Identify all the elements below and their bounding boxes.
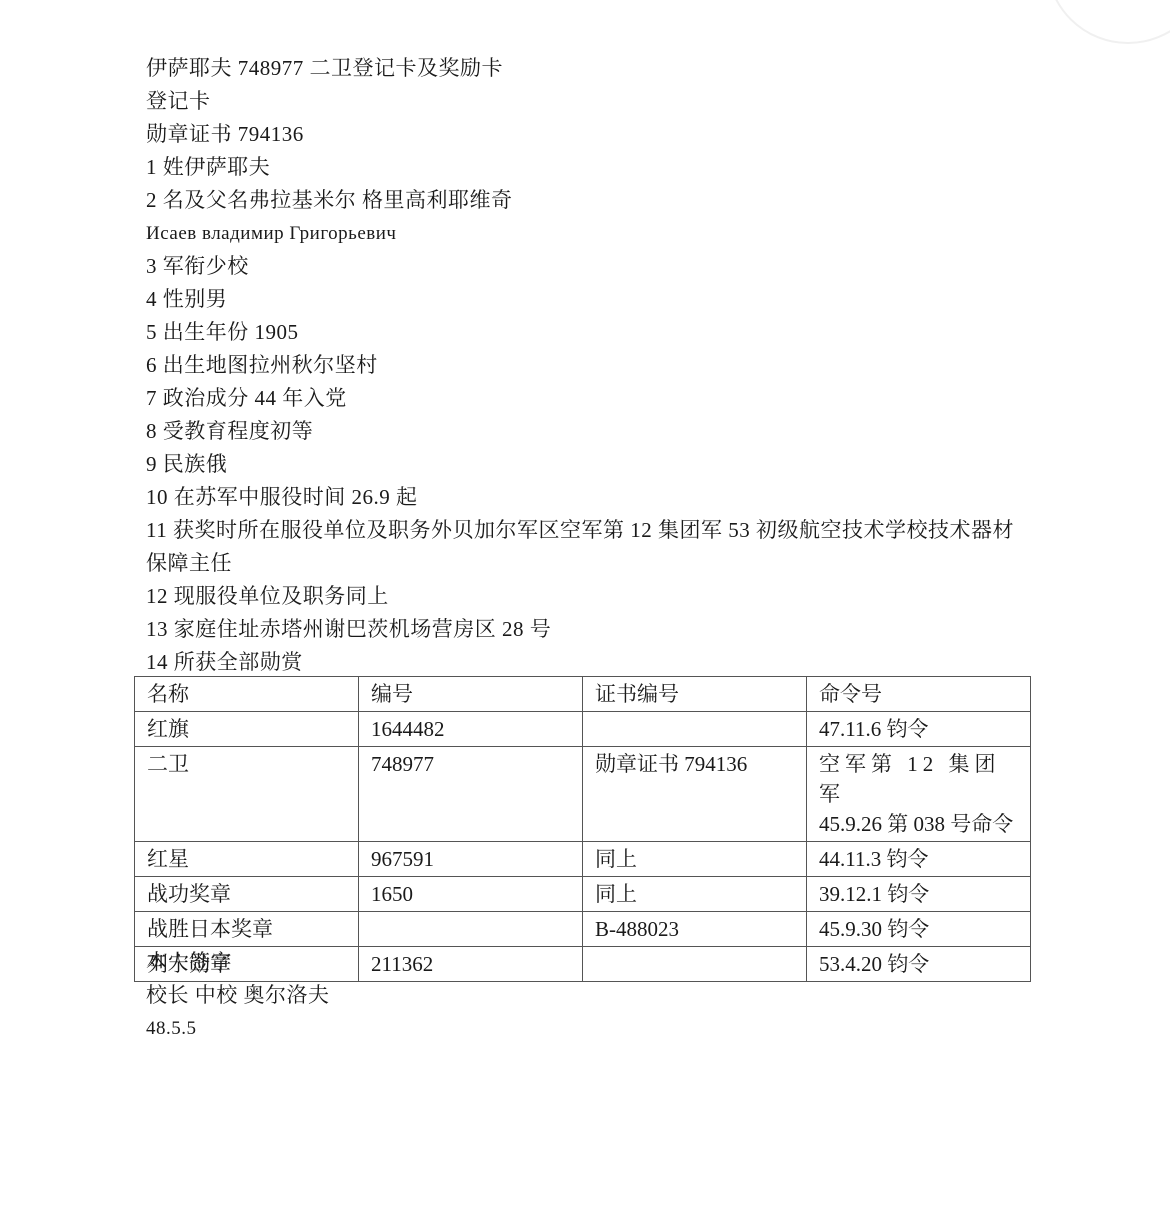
table-row: 红星 967591 同上 44.11.3 钧令 xyxy=(135,842,1031,877)
award-certificate: 勋章证书 794136 xyxy=(583,747,807,842)
award-name: 红星 xyxy=(135,842,359,877)
header-certificate: 证书编号 xyxy=(583,677,807,712)
award-number: 1644482 xyxy=(359,712,583,747)
award-certificate: 同上 xyxy=(583,842,807,877)
award-name: 红旗 xyxy=(135,712,359,747)
signature-section: 本人签字 校长 中校 奥尔洛夫 48.5.5 xyxy=(146,946,330,1045)
document-subtitle: 登记卡 xyxy=(146,85,1046,118)
registration-card-document: 伊萨耶夫 748977 二卫登记卡及奖励卡 登记卡 勋章证书 794136 1 … xyxy=(146,52,1046,679)
award-number: 1650 xyxy=(359,877,583,912)
field-name-patronymic: 2 名及父名弗拉基米尔 格里高利耶维奇 xyxy=(146,184,1046,217)
award-order: 44.11.3 钧令 xyxy=(807,842,1031,877)
award-number: 748977 xyxy=(359,747,583,842)
award-order: 47.11.6 钧令 xyxy=(807,712,1031,747)
field-birthplace: 6 出生地图拉州秋尔坚村 xyxy=(146,349,1046,382)
header-name: 名称 xyxy=(135,677,359,712)
field-gender: 4 性别男 xyxy=(146,283,1046,316)
document-title: 伊萨耶夫 748977 二卫登记卡及奖励卡 xyxy=(146,52,1046,85)
field-all-awards: 14 所获全部勋赏 xyxy=(146,646,1046,679)
table-row: 红旗 1644482 47.11.6 钧令 xyxy=(135,712,1031,747)
awards-table: 名称 编号 证书编号 命令号 红旗 1644482 47.11.6 钧令 二卫 … xyxy=(134,676,1031,982)
award-order-line-2: 45.9.26 第 038 号命令 xyxy=(819,809,1018,839)
award-number: 967591 xyxy=(359,842,583,877)
header-order: 命令号 xyxy=(807,677,1031,712)
award-order-line-1: 空军第 12 集团军 xyxy=(819,749,1018,809)
award-certificate xyxy=(583,947,807,982)
field-name-russian: Исаев владимир Григорьевич xyxy=(146,217,1046,250)
award-number xyxy=(359,912,583,947)
certificate-number: 勋章证书 794136 xyxy=(146,118,1046,151)
signer-name: 校长 中校 奥尔洛夫 xyxy=(146,979,330,1012)
table-row: 战功奖章 1650 同上 39.12.1 钧令 xyxy=(135,877,1031,912)
field-surname: 1 姓伊萨耶夫 xyxy=(146,151,1046,184)
table-header-row: 名称 编号 证书编号 命令号 xyxy=(135,677,1031,712)
field-party: 7 政治成分 44 年入党 xyxy=(146,382,1046,415)
field-unit-at-award: 11 获奖时所在服役单位及职务外贝加尔军区空军第 12 集团军 53 初级航空技… xyxy=(146,514,1026,580)
field-nationality: 9 民族俄 xyxy=(146,448,1046,481)
page-curl-decoration xyxy=(1046,0,1170,44)
field-education: 8 受教育程度初等 xyxy=(146,415,1046,448)
award-name: 战功奖章 xyxy=(135,877,359,912)
award-order: 45.9.30 钧令 xyxy=(807,912,1031,947)
header-number: 编号 xyxy=(359,677,583,712)
table-row: 战胜日本奖章 B-488023 45.9.30 钧令 xyxy=(135,912,1031,947)
award-certificate: 同上 xyxy=(583,877,807,912)
signature-label: 本人签字 xyxy=(146,946,330,979)
field-home-address: 13 家庭住址赤塔州谢巴茨机场营房区 28 号 xyxy=(146,613,1046,646)
award-order: 39.12.1 钧令 xyxy=(807,877,1031,912)
award-name: 二卫 xyxy=(135,747,359,842)
field-rank: 3 军衔少校 xyxy=(146,250,1046,283)
field-current-unit: 12 现服役单位及职务同上 xyxy=(146,580,1046,613)
award-order: 53.4.20 钧令 xyxy=(807,947,1031,982)
award-certificate: B-488023 xyxy=(583,912,807,947)
table-row: 二卫 748977 勋章证书 794136 空军第 12 集团军 45.9.26… xyxy=(135,747,1031,842)
signature-date: 48.5.5 xyxy=(146,1012,330,1045)
field-service-start: 10 在苏军中服役时间 26.9 起 xyxy=(146,481,1046,514)
award-certificate xyxy=(583,712,807,747)
award-number: 211362 xyxy=(359,947,583,982)
award-order: 空军第 12 集团军 45.9.26 第 038 号命令 xyxy=(807,747,1031,842)
field-birth-year: 5 出生年份 1905 xyxy=(146,316,1046,349)
award-name: 战胜日本奖章 xyxy=(135,912,359,947)
